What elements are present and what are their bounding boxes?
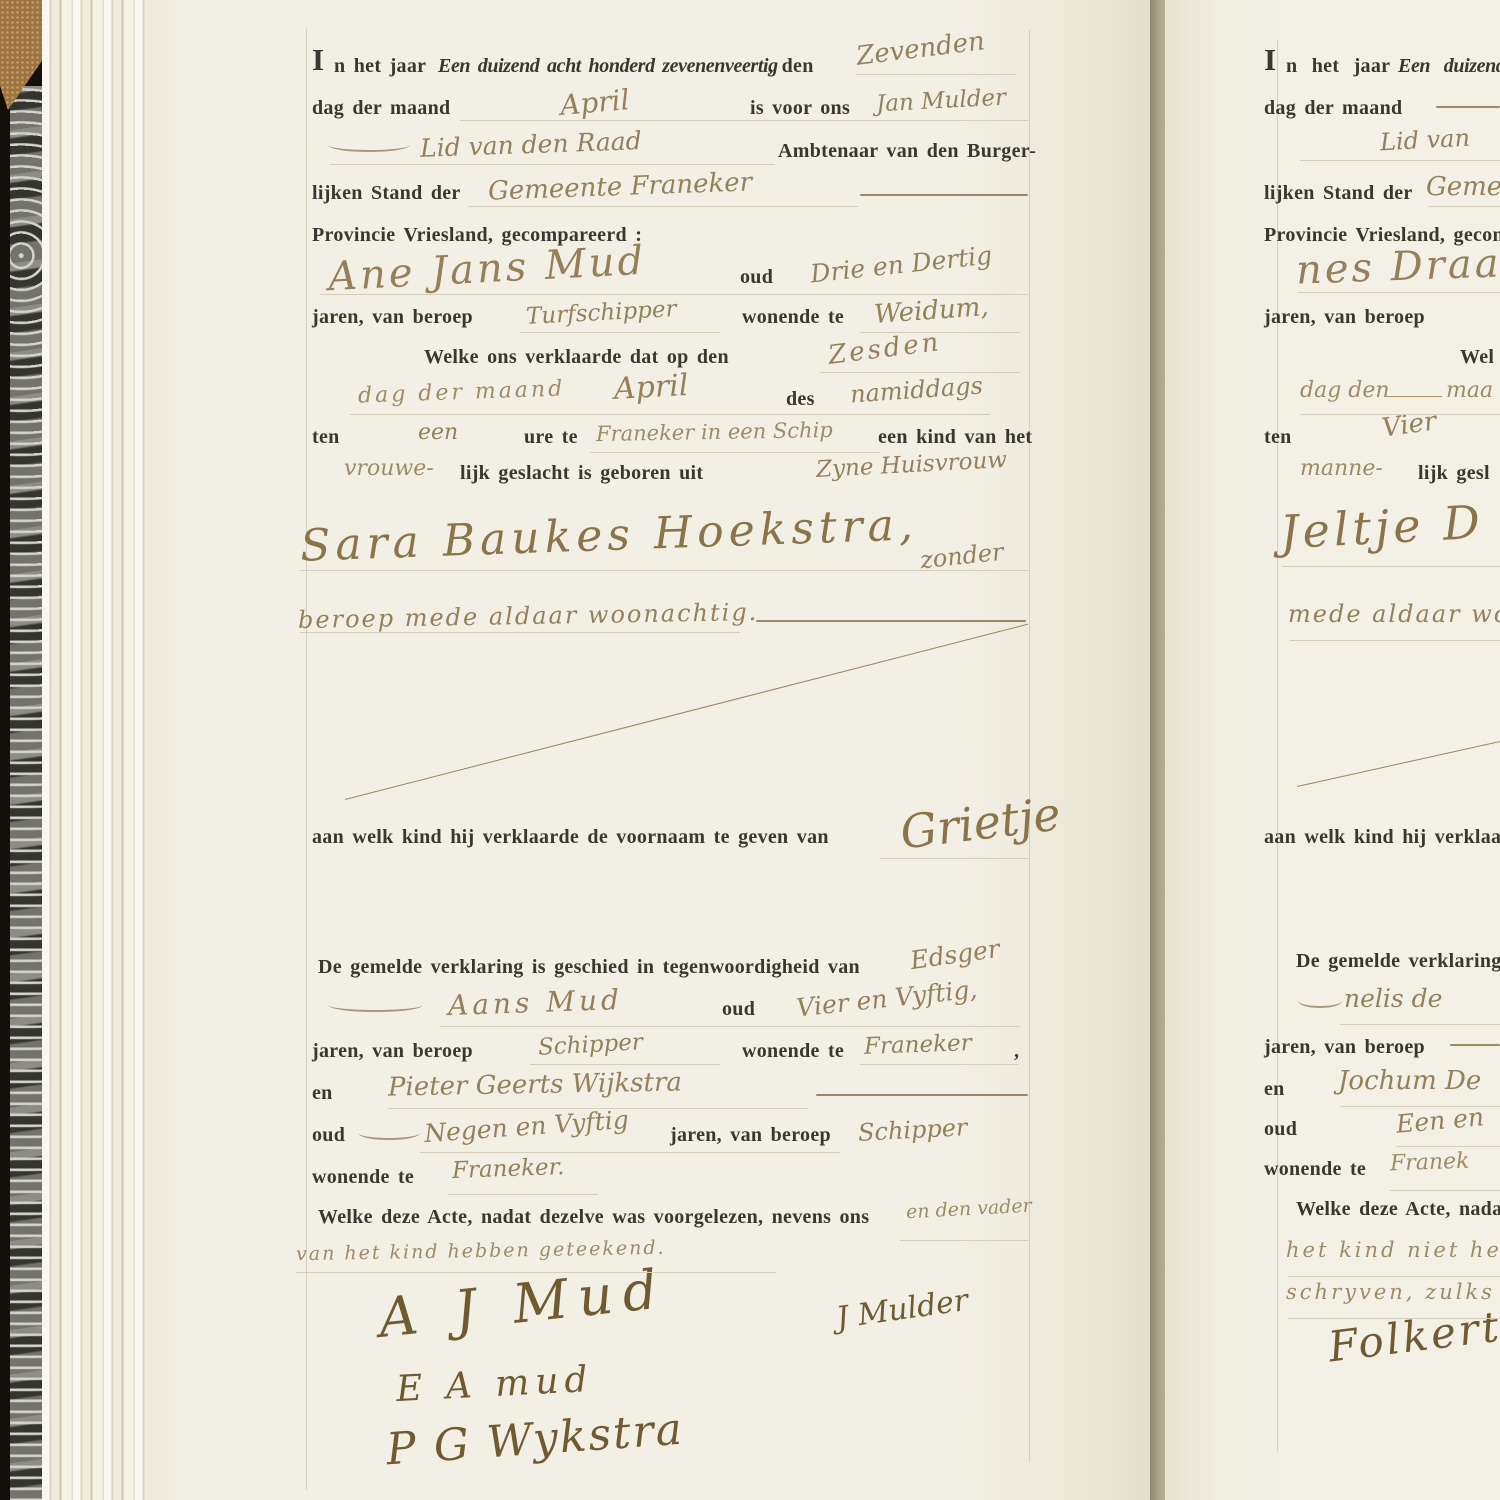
right-witness-en: en — [1264, 1078, 1285, 1101]
left-witness2-en: en — [312, 1082, 333, 1105]
left-hw-month: April — [559, 83, 631, 122]
baseline-rule — [1290, 640, 1500, 641]
baseline-rule — [520, 332, 720, 333]
right-line1-year: Een duizend — [1398, 55, 1500, 78]
right-witness-printed-b: wonende te — [1264, 1158, 1366, 1181]
right-witness-intro: De gemelde verklaring i — [1296, 950, 1500, 973]
filled-dash-witness2 — [816, 1094, 1028, 1096]
baseline-rule — [440, 1026, 1020, 1027]
left-hw-hour: een — [418, 420, 458, 445]
baseline-rule — [860, 1064, 1018, 1065]
left-line3-printed: Ambtenaar van den Burger- — [778, 140, 1036, 163]
left-line8-printed: Welke ons verklaarde dat op den — [424, 346, 729, 369]
left-closing-printed: Welke deze Acte, nadat dezelve was voorg… — [318, 1206, 869, 1229]
right-flourish-witness — [1298, 994, 1342, 1008]
right-line8-printed: Wel — [1460, 346, 1494, 369]
left-line1-year: Een duizend acht honderd zevenenveertig — [438, 55, 778, 78]
right-line9-dash — [1388, 396, 1442, 397]
left-line2-printed-b: is voor ons — [750, 97, 850, 120]
baseline-rule — [1300, 160, 1500, 161]
right-hw-municipality: Geme — [1426, 172, 1500, 202]
baseline-rule — [530, 1064, 720, 1065]
right-line1-printed: n het jaar — [1286, 55, 1390, 78]
baseline-rule — [856, 74, 1016, 75]
left-line1-printed: n het jaar — [334, 55, 426, 78]
baseline-rule — [460, 120, 1028, 121]
right-line10-ten: ten — [1264, 426, 1292, 449]
left-column-rule — [1029, 30, 1030, 1462]
right-hw-witness-residence: Franek — [1390, 1149, 1470, 1177]
left-line2-printed-a: dag der maand — [312, 97, 450, 120]
right-hw-comparant: nes Draa — [1295, 240, 1500, 293]
right-hw-gender: manne- — [1300, 456, 1383, 481]
right-hw-witness-name: Jochum De — [1338, 1066, 1481, 1096]
baseline-rule — [1390, 1190, 1500, 1191]
left-hw-line9-month: April — [613, 368, 689, 407]
left-witness2-oud: oud — [312, 1124, 345, 1147]
left-line11-printed: lijk geslacht is geboren uit — [460, 462, 703, 485]
left-hw-witness2-residence: Franeker. — [452, 1154, 565, 1184]
right-line2-flourish — [1436, 106, 1500, 108]
right-hw-mother-line2: mede aldaar wo — [1288, 600, 1500, 628]
left-line1-den: , den — [768, 55, 814, 78]
left-witness2-printed-a: jaren, van beroep — [670, 1124, 831, 1147]
right-naming-printed: aan welk kind hij verklaar — [1264, 826, 1500, 849]
baseline-rule — [468, 206, 858, 207]
baseline-rule — [1288, 1318, 1500, 1319]
right-hw-line9-b: maa — [1446, 378, 1493, 403]
right-line4-printed: lijken Stand der — [1264, 182, 1413, 205]
right-line11-printed: lijk gesl — [1418, 462, 1490, 485]
baseline-rule — [320, 294, 1028, 295]
left-hw-gender: vrouwe- — [344, 456, 434, 481]
baseline-rule — [420, 1152, 840, 1153]
left-witness1-oud: oud — [722, 998, 755, 1021]
baseline-rule — [296, 1272, 776, 1273]
left-line6-oud: oud — [740, 266, 773, 289]
baseline-rule — [300, 570, 1030, 571]
right-hw-closing-a: het kind niet heb — [1286, 1238, 1500, 1262]
baseline-rule — [820, 372, 1020, 373]
baseline-rule — [388, 1108, 808, 1109]
left-line10-ten: ten — [312, 426, 340, 449]
right-closing-printed: Welke deze Acte, nada — [1296, 1198, 1500, 1221]
left-hw-birthplace: Franeker in een Schip — [596, 418, 833, 446]
baseline-rule — [1340, 1106, 1500, 1107]
right-line2-printed: dag der maand — [1264, 97, 1402, 120]
left-witness1-printed-b: wonende te — [742, 1040, 844, 1063]
left-hw-witness2-occupation: Schipper — [857, 1113, 968, 1147]
left-hw-witness1-name: Aans Mud — [447, 983, 623, 1022]
filled-dash-line4 — [860, 194, 1028, 196]
page-gutter — [1150, 0, 1165, 1500]
right-hw-witness-intro: nelis de — [1344, 984, 1442, 1013]
right-margin-rule — [1277, 40, 1278, 1452]
baseline-rule — [900, 1240, 1028, 1241]
page-stack-edges — [42, 0, 148, 1500]
right-witness-oud: oud — [1264, 1118, 1297, 1141]
filled-dash-mother — [756, 620, 1026, 622]
baseline-rule — [880, 858, 1028, 859]
spine-marbling — [10, 86, 42, 1500]
register-book-scan: I n het jaar Een duizend acht honderd ze… — [0, 0, 1500, 1500]
right-hw-mother-name: Jeltje D — [1279, 495, 1485, 560]
baseline-rule — [1288, 1276, 1500, 1277]
baseline-rule — [1340, 1024, 1500, 1025]
baseline-rule — [1298, 292, 1500, 293]
baseline-rule — [300, 632, 740, 633]
right-hw-line9-a: dag den — [1300, 378, 1390, 403]
left-hw-witness1-residence: Franeker — [864, 1030, 972, 1060]
baseline-rule — [448, 1194, 598, 1195]
left-hw-witness2-name: Pieter Geerts Wijkstra — [388, 1067, 682, 1102]
baseline-rule — [590, 452, 880, 453]
left-hw-witness1-occupation: Schipper — [537, 1029, 643, 1060]
left-margin-rule — [306, 28, 307, 1490]
left-witness2-printed-b: wonende te — [312, 1166, 414, 1189]
flourish-witness1 — [328, 998, 423, 1012]
flourish-line3 — [328, 138, 410, 152]
left-line7-printed-a: jaren, van beroep — [312, 306, 473, 329]
left-dropcap: I — [312, 44, 324, 75]
right-hw-title: Lid van — [1379, 124, 1470, 157]
left-naming-printed: aan welk kind hij verklaarde de voornaam… — [312, 826, 829, 849]
baseline-rule — [1428, 206, 1500, 207]
baseline-rule — [860, 332, 1020, 333]
baseline-rule — [1300, 414, 1500, 415]
left-witness1-printed-a: jaren, van beroep — [312, 1040, 473, 1063]
right-line7-printed: jaren, van beroep — [1264, 306, 1425, 329]
right-witness-printed-a: jaren, van beroep — [1264, 1036, 1425, 1059]
baseline-rule — [1396, 1146, 1500, 1147]
left-witness1-comma: , — [1014, 1040, 1019, 1063]
right-hw-closing-b: schryven, zulks ne — [1286, 1280, 1500, 1304]
flourish-witness2 — [358, 1126, 420, 1140]
baseline-rule — [1282, 566, 1500, 567]
left-witness-intro: De gemelde verklaring is geschied in teg… — [318, 956, 860, 979]
baseline-rule — [350, 414, 990, 415]
left-line4-printed: lijken Stand der — [312, 182, 461, 205]
left-line10-printed-c: een kind van het — [878, 426, 1032, 449]
left-line10-urete: ure te — [524, 426, 578, 449]
left-line9-des: des — [786, 388, 815, 411]
baseline-rule — [330, 164, 775, 165]
right-witness-flourish-line — [1450, 1044, 1500, 1046]
right-dropcap: I — [1264, 44, 1276, 75]
left-line7-printed-b: wonende te — [742, 306, 844, 329]
